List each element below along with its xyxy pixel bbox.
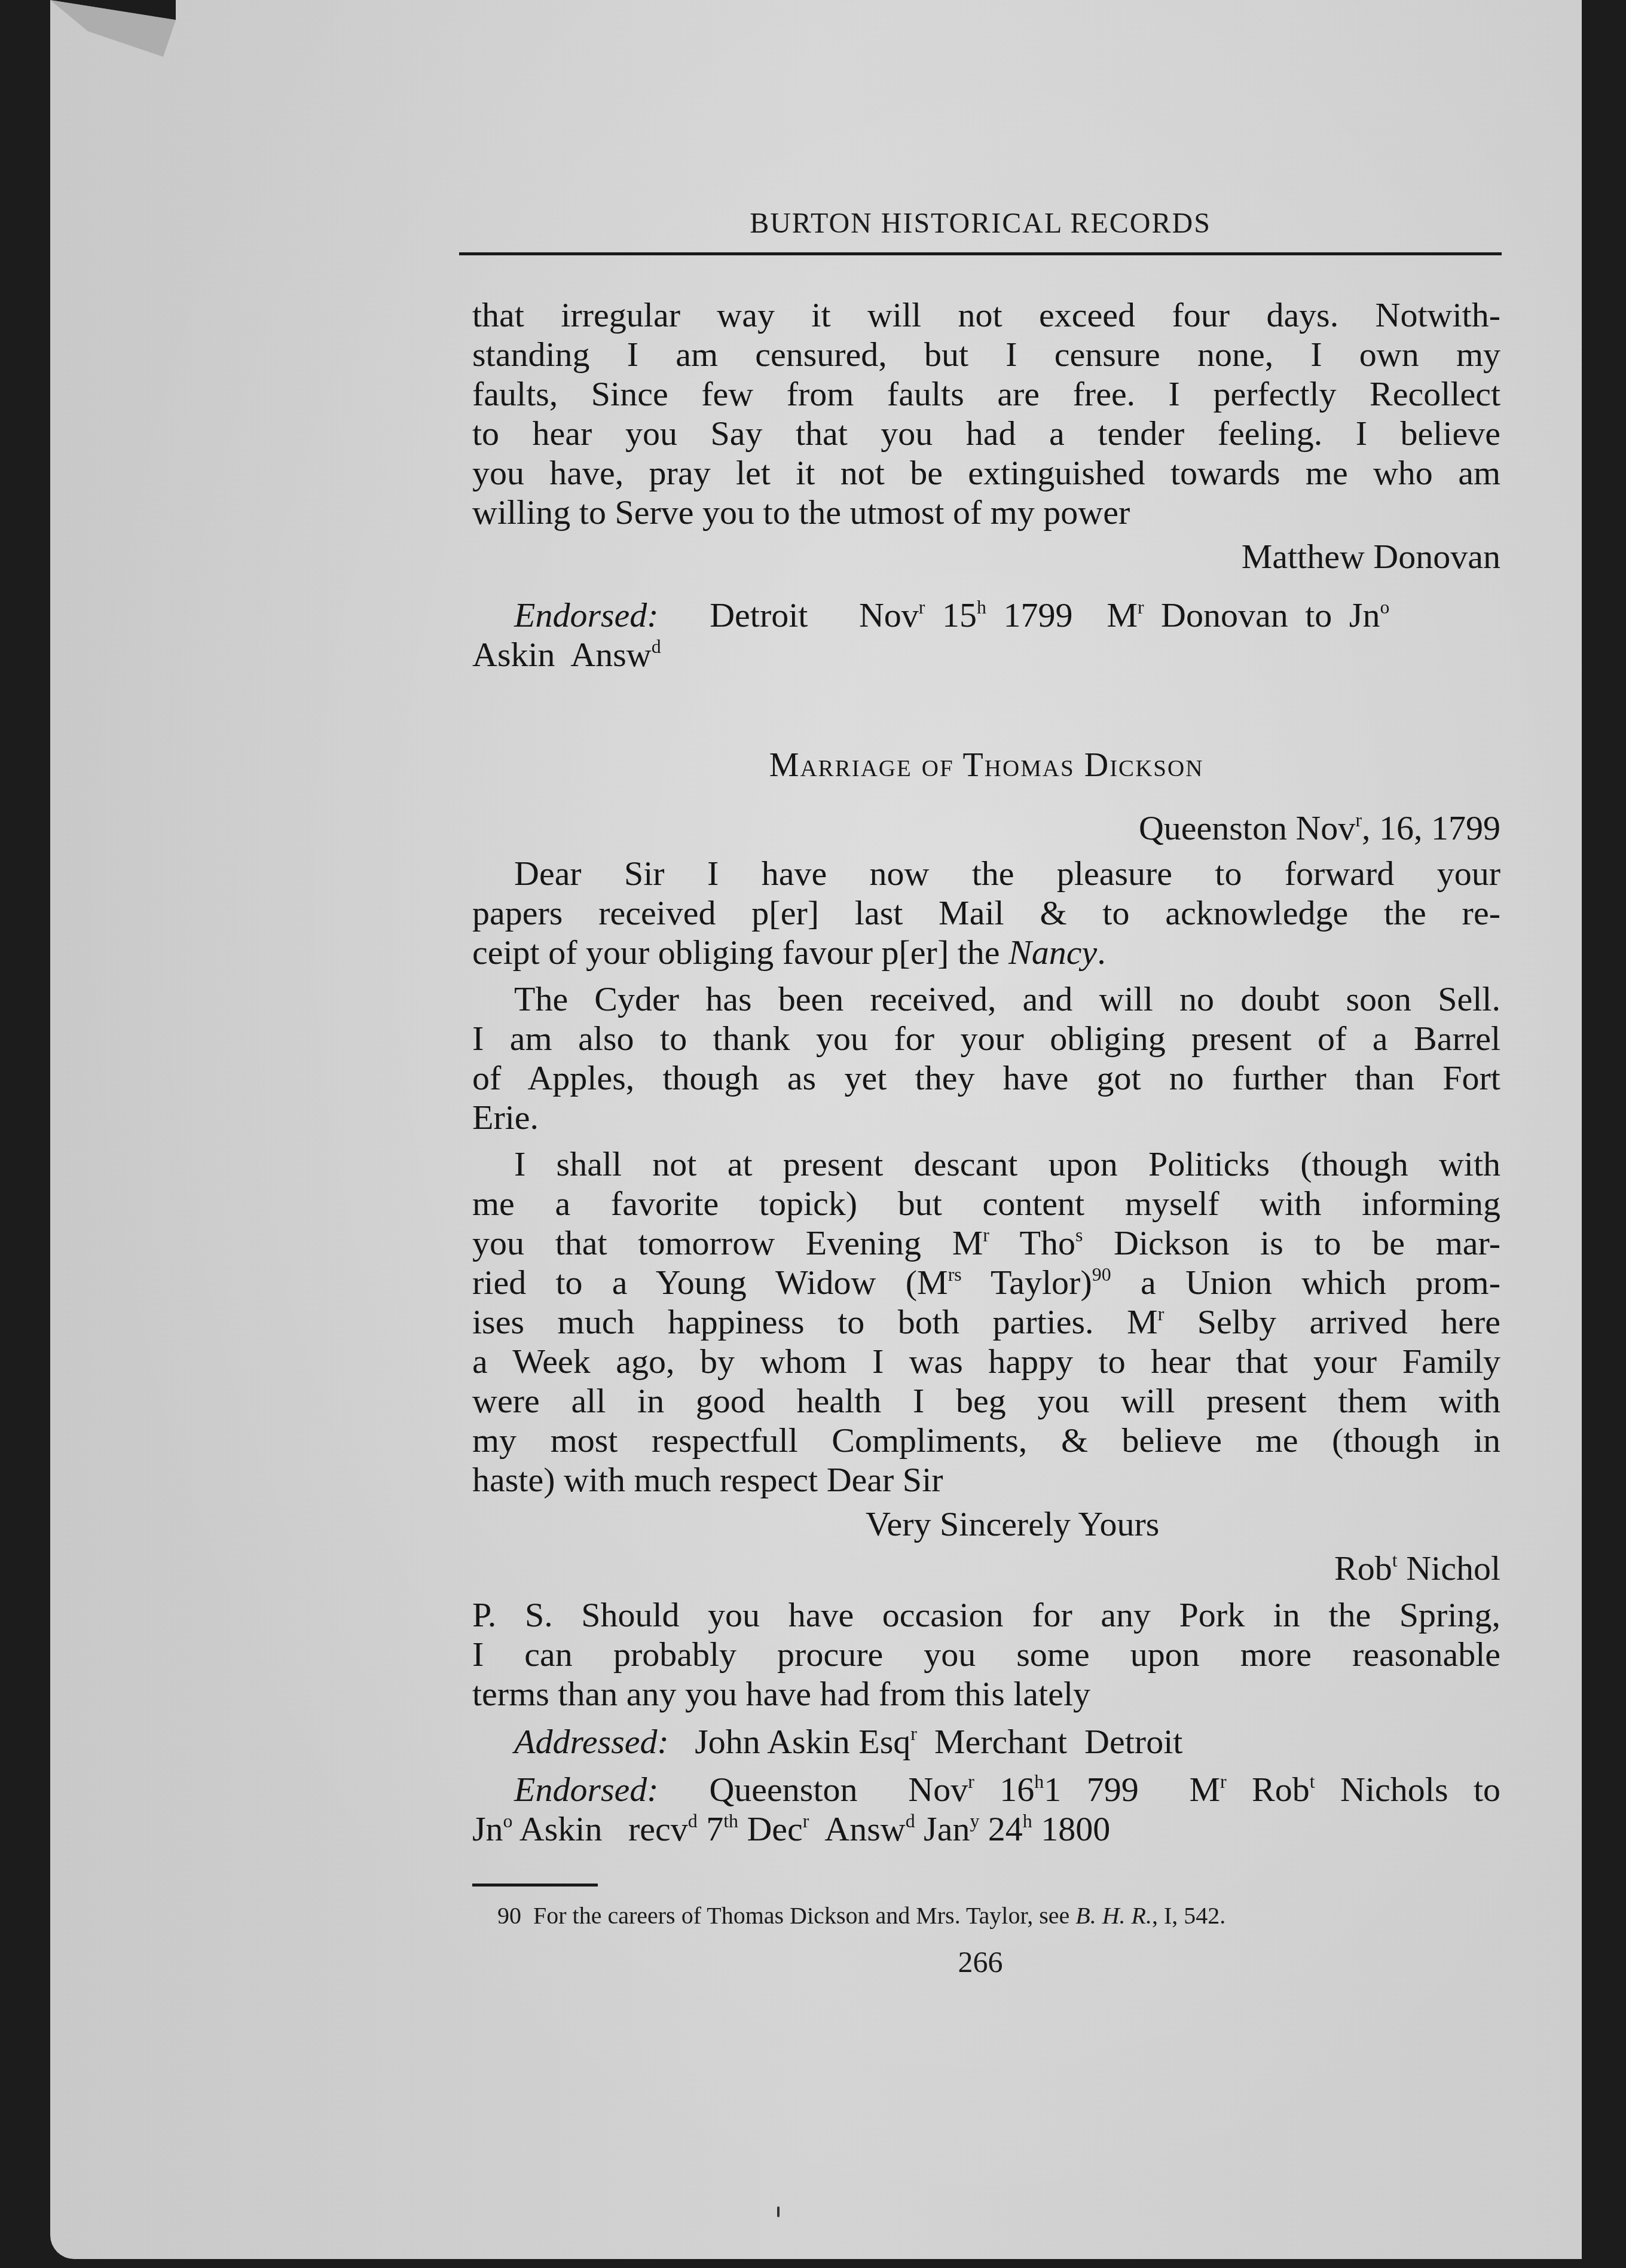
- postscript-line: I can probably procure you some upon mor…: [472, 1637, 1500, 1672]
- text-line: ises much happiness to both parties. Mr …: [472, 1305, 1500, 1339]
- closing: Very Sincerely Yours: [866, 1507, 1159, 1541]
- postscript-line: P. S. Should you have occasion for any P…: [472, 1598, 1500, 1632]
- signature-donovan: Matthew Donovan: [472, 539, 1500, 574]
- text-line: ceipt of your obliging favour p[er] the …: [472, 935, 1500, 970]
- text-line: standing I am censured, but I censure no…: [472, 337, 1500, 372]
- endorsement-nichol-cont: Jno Askin recvd 7th Decr Answd Jany 24h …: [472, 1812, 1500, 1846]
- running-head: BURTON HISTORICAL RECORDS: [459, 207, 1502, 240]
- text-line: willing to Serve you to the utmost of my…: [472, 495, 1500, 530]
- endorsement-donovan-cont: Askin Answd: [472, 637, 1500, 672]
- text-line: my most respectfull Compliments, & belie…: [472, 1423, 1500, 1458]
- endorsement-nichol: Endorsed: Queenston Novr 16h1 799 Mr Rob…: [472, 1772, 1500, 1807]
- footnote-90: 90 For the careers of Thomas Dickson and…: [497, 1901, 1225, 1930]
- text-line: to hear you Say that you had a tender fe…: [472, 416, 1500, 451]
- text-line: you have, pray let it not be extinguishe…: [472, 456, 1500, 490]
- text-line: papers received p[er] last Mail & to ack…: [472, 896, 1500, 930]
- text-line: ried to a Young Widow (Mrs Taylor)90 a U…: [472, 1265, 1500, 1300]
- text-line: I shall not at present descant upon Poli…: [472, 1147, 1500, 1182]
- text-line: The Cyder has been received, and will no…: [472, 982, 1500, 1017]
- text-line: I am also to thank you for your obliging…: [472, 1021, 1500, 1056]
- text-line: me a favorite topick) but content myself…: [472, 1186, 1500, 1221]
- address-line: Addressed: John Askin Esqr Merchant Detr…: [472, 1724, 1500, 1759]
- footnote-rule: [472, 1884, 598, 1887]
- text-line: of Apples, though as yet they have got n…: [472, 1061, 1500, 1095]
- text-line: you that tomorrow Evening Mr Thos Dickso…: [472, 1226, 1500, 1260]
- text-line: were all in good health I beg you will p…: [472, 1384, 1500, 1418]
- signature-nichol: Robt Nichol: [472, 1551, 1500, 1586]
- text-line: a Week ago, by whom I was happy to hear …: [472, 1344, 1500, 1379]
- paper-speck: [777, 2206, 780, 2217]
- page-number: 266: [459, 1945, 1502, 1979]
- section-heading: Marriage of Thomas Dickson: [472, 749, 1500, 782]
- header-rule: [459, 252, 1502, 255]
- text-line: haste) with much respect Dear Sir: [472, 1463, 1500, 1497]
- text-line: Dear Sir I have now the pleasure to forw…: [472, 856, 1500, 891]
- text-line: that irregular way it will not exceed fo…: [472, 298, 1500, 332]
- postscript-line: terms than any you have had from this la…: [472, 1677, 1500, 1711]
- text-line: Erie.: [472, 1100, 1500, 1135]
- text-line: faults, Since few from faults are free. …: [472, 377, 1500, 411]
- footnote-number: 90: [497, 1902, 521, 1929]
- dateline: Queenston Novr, 16, 1799: [472, 811, 1500, 845]
- endorsement-donovan: Endorsed: Detroit Novr 15h 1799 Mr Donov…: [472, 598, 1500, 633]
- footnote-ref-90[interactable]: 90: [1092, 1264, 1111, 1285]
